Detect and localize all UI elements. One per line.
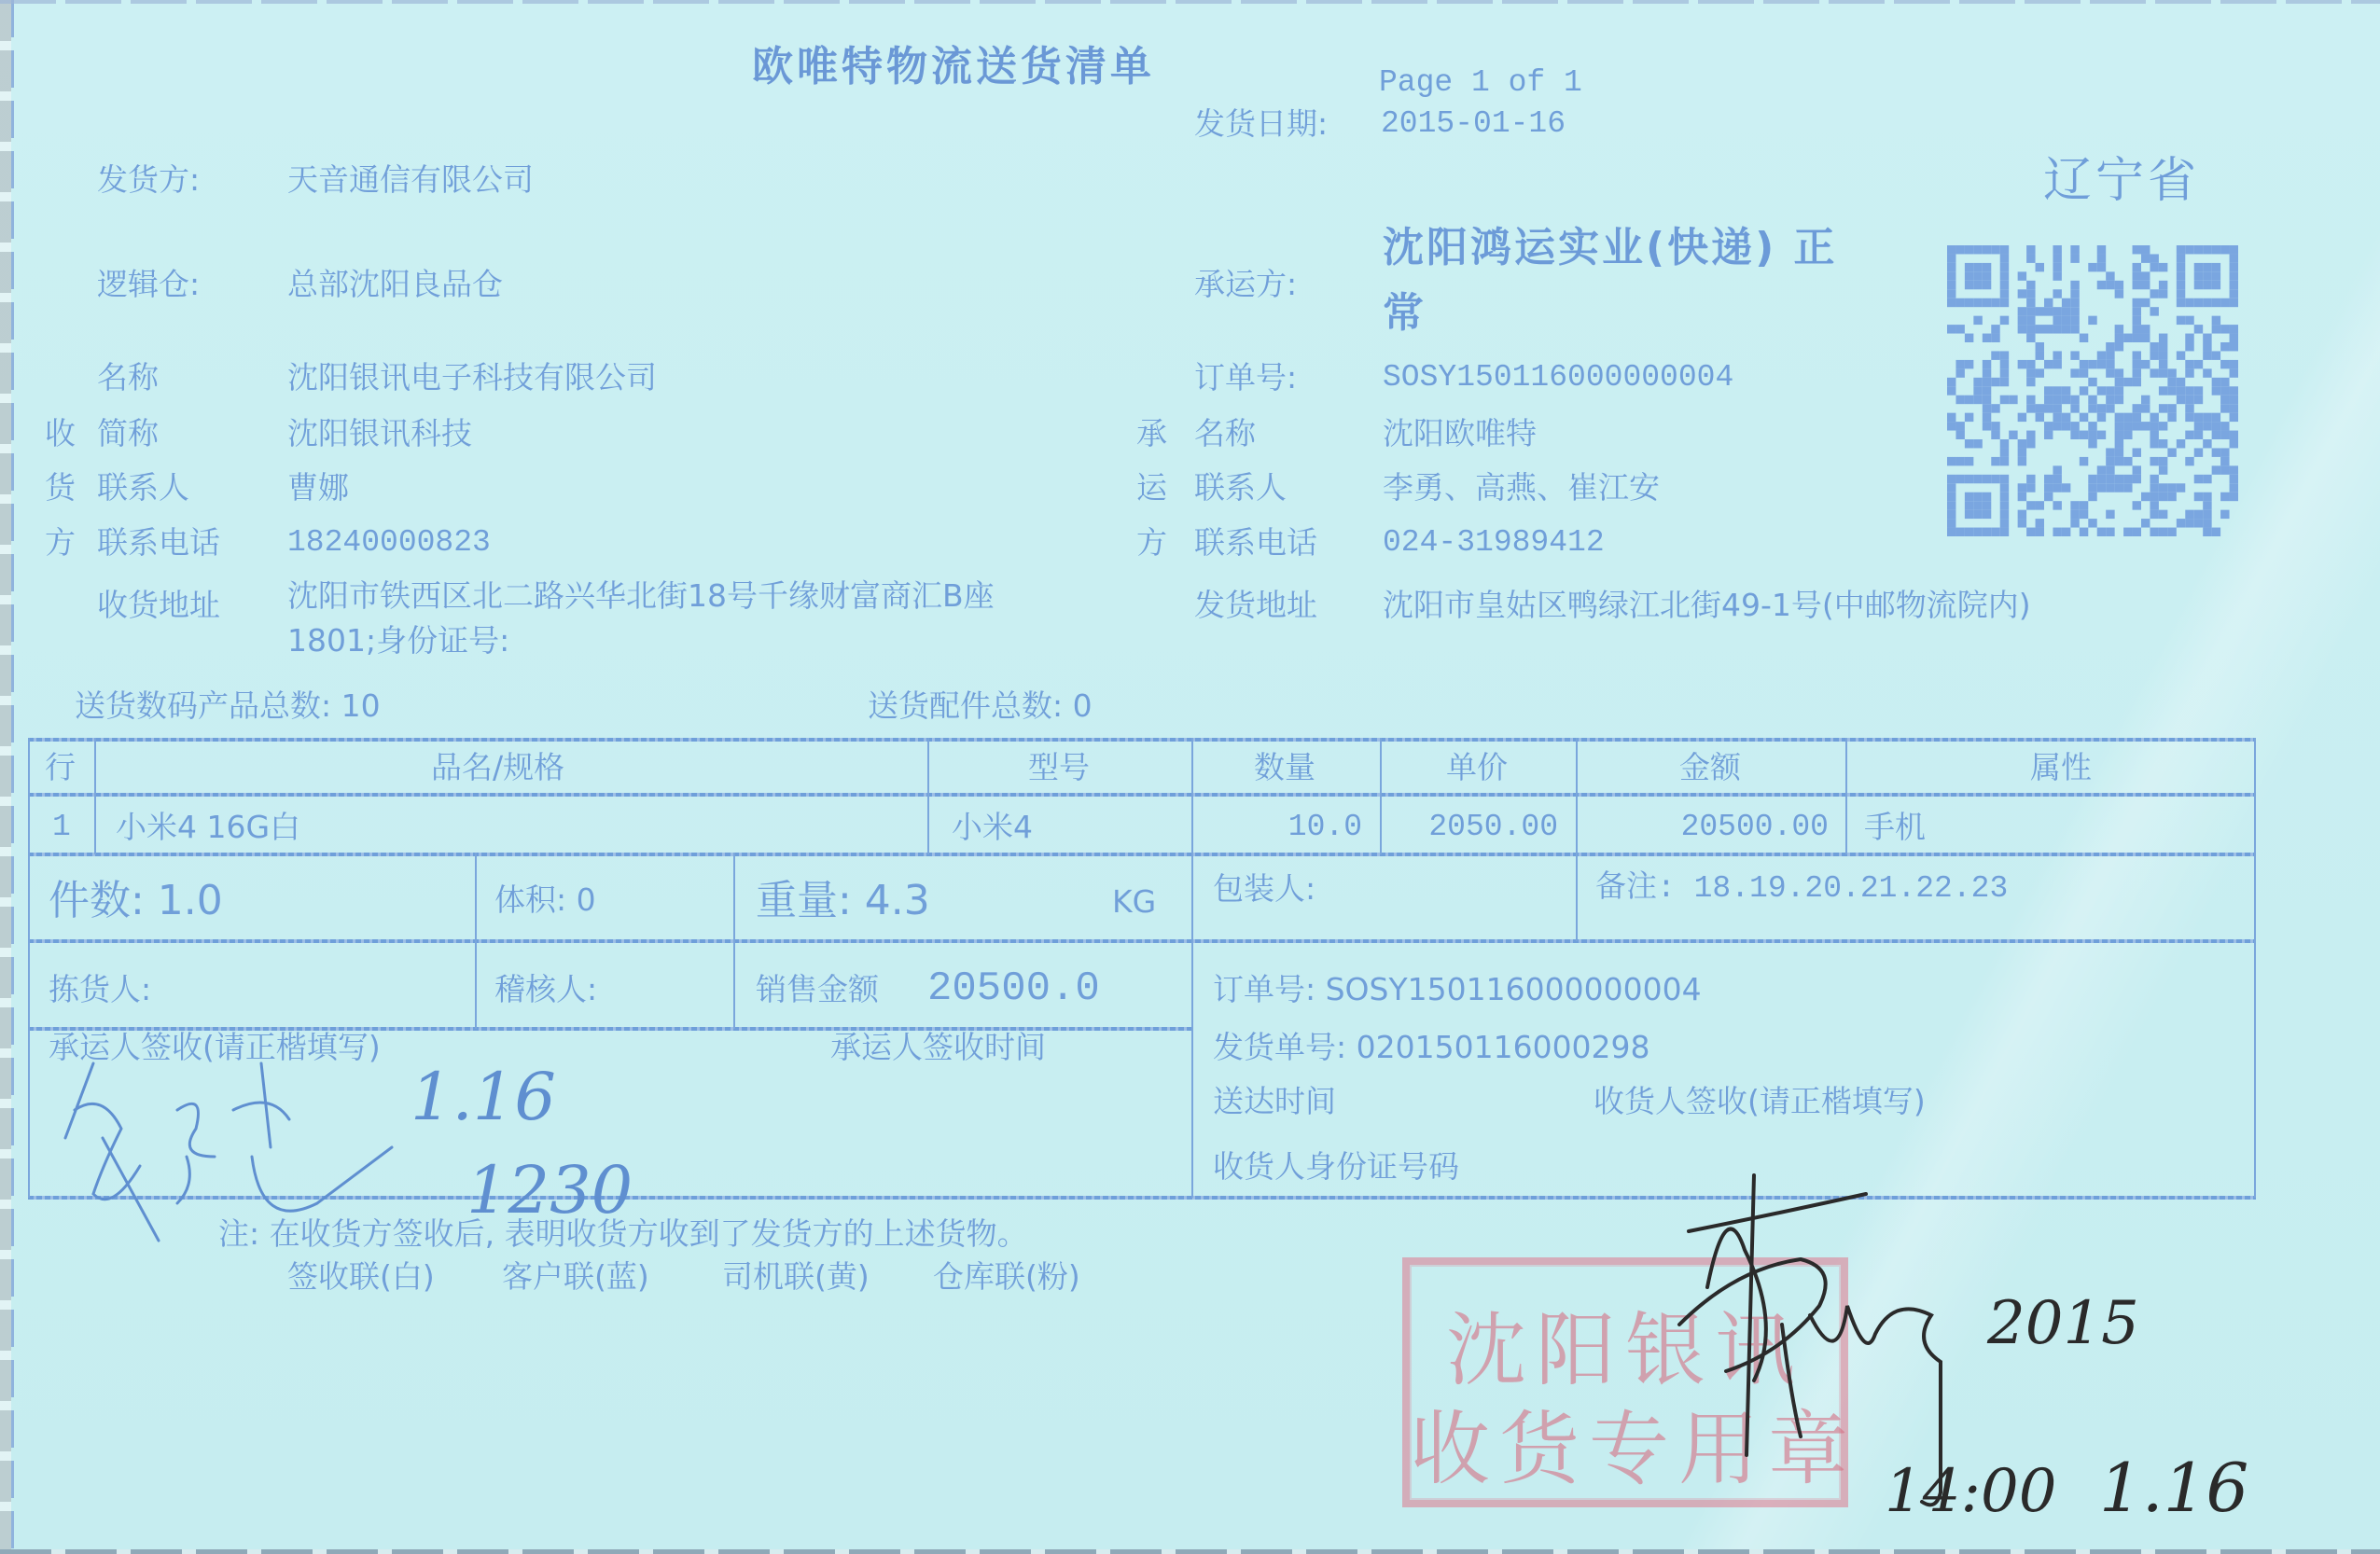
volume: 体积: 0 — [494, 884, 596, 915]
carrier-main-value-line1: 沈阳鸿运实业(快递) 正 — [1383, 228, 1838, 269]
carrier-side-1: 承 — [1136, 418, 1167, 449]
picker-label: 拣货人: — [49, 974, 151, 1005]
consignee-phone-label: 联系电话 — [97, 527, 220, 558]
col-divider-qty — [1380, 738, 1382, 854]
carrier-sign-label: 承运人签收(请正楷填写) — [49, 1032, 381, 1062]
top-perforation — [0, 0, 2380, 4]
packer-label: 包装人: — [1213, 873, 1315, 904]
col-header-attribute: 属性 — [2030, 752, 2092, 783]
sales-amount: 20500.0 — [927, 968, 1100, 1009]
checker-label: 稽核人: — [494, 974, 597, 1005]
shipper-label: 发货方: — [97, 164, 200, 195]
carrier-side-3: 方 — [1136, 527, 1167, 558]
carrier-phone-value: 024-31989412 — [1383, 527, 1605, 558]
receiver-sign-label: 收货人签收(请正楷填写) — [1594, 1086, 1926, 1117]
copy-sign: 签收联(白) — [287, 1261, 435, 1292]
left-perforation-line — [11, 0, 14, 1554]
consignee-side-2: 货 — [45, 472, 76, 503]
col-header-unit-price: 单价 — [1446, 752, 1508, 783]
weight-unit: KG — [1112, 886, 1156, 917]
shipper-value: 天音通信有限公司 — [287, 164, 534, 195]
table-row2-divider — [28, 939, 2256, 943]
row-divider-volume — [733, 853, 735, 1029]
copy-customer: 客户联(蓝) — [502, 1261, 649, 1292]
warehouse-label: 逻辑仓: — [97, 269, 200, 299]
carrier-address-value: 沈阳市皇姑区鸭绿江北街49-1号(中邮物流院内) — [1383, 590, 2031, 620]
stamp-line2: 收货专用章 — [1410, 1384, 1841, 1500]
delivery-no: 发货单号: 020150116000298 — [1213, 1032, 1650, 1062]
row-line-no: 1 — [52, 812, 71, 842]
table-border-top — [28, 738, 2256, 742]
col-divider-line — [94, 738, 96, 854]
row-model: 小米4 — [952, 812, 1033, 842]
consignee-address-label: 收货地址 — [97, 590, 220, 620]
row-divider-pieces — [475, 853, 477, 1029]
qr-code-icon — [1947, 244, 2238, 537]
sales-amount-label: 销售金额 — [756, 974, 879, 1005]
bottom-perforation — [0, 1549, 2380, 1554]
consignee-phone-value: 18240000823 — [287, 527, 491, 558]
consignee-short-value: 沈阳银讯科技 — [287, 418, 472, 449]
remarks: 备注: 18.19.20.21.22.23 — [1595, 873, 2008, 904]
col-divider-name — [927, 738, 929, 854]
receiver-id-label: 收货人身份证号码 — [1213, 1151, 1459, 1182]
receipt-stamp: 沈阳银讯 收货专用章 — [1402, 1257, 1848, 1507]
ship-date-label: 发货日期: — [1194, 108, 1328, 139]
weight: 重量: 4.3 — [756, 881, 930, 922]
col-header-model: 型号 — [1028, 752, 1090, 783]
consignee-contact-label: 联系人 — [97, 472, 189, 503]
pieces-count: 件数: 1.0 — [49, 881, 223, 922]
province-label: 辽宁省 — [2043, 157, 2200, 205]
consignee-side-3: 方 — [45, 527, 76, 558]
delivery-time-label: 送达时间 — [1213, 1086, 1336, 1117]
page-indicator: Page 1 of 1 — [1379, 67, 1582, 98]
col-header-line: 行 — [45, 752, 76, 783]
consignee-name-label: 名称 — [97, 362, 159, 393]
carrier-contact-label: 联系人 — [1194, 472, 1287, 503]
table-header-divider — [28, 793, 2256, 797]
carrier-main-label: 承运方: — [1194, 269, 1297, 299]
row-product-name: 小米4 16G白 — [116, 812, 300, 842]
warehouse-value: 总部沈阳良品仓 — [287, 269, 503, 299]
carrier-phone-label: 联系电话 — [1194, 527, 1317, 558]
carrier-address-label: 发货地址 — [1194, 590, 1317, 620]
digital-product-total: 送货数码产品总数: 10 — [75, 690, 381, 721]
row-attribute: 手机 — [1864, 812, 1926, 842]
col-divider-amount — [1845, 738, 1847, 854]
consignee-name-value: 沈阳银讯电子科技有限公司 — [287, 362, 657, 393]
consignee-short-label: 简称 — [97, 418, 159, 449]
carrier-sign-time-label: 承运人签收时间 — [830, 1032, 1046, 1062]
table-row1-divider — [28, 853, 2256, 856]
col-divider-model — [1191, 738, 1193, 1198]
consignee-address-value: 沈阳市铁西区北二路兴华北街18号千缘财富商汇B座 — [287, 580, 995, 611]
consignee-side-1: 收 — [45, 418, 76, 449]
consignee-contact-value: 曹娜 — [287, 472, 349, 503]
copy-warehouse: 仓库联(粉) — [933, 1261, 1080, 1292]
carrier-main-value-line2: 常 — [1383, 293, 1427, 334]
row-qty: 10.0 — [1194, 812, 1362, 842]
table-border-right — [2254, 738, 2256, 1198]
document-title: 欧唯特物流送货清单 — [752, 47, 1155, 88]
lower-order-no: 订单号: SOSY150116000000004 — [1213, 974, 1702, 1005]
col-header-name: 品名/规格 — [431, 752, 564, 783]
carrier-order-label: 订单号: — [1194, 362, 1297, 393]
carrier-contact-value: 李勇、高燕、崔江安 — [1383, 472, 1660, 503]
accessory-total: 送货配件总数: 0 — [868, 690, 1093, 721]
carrier-side-2: 运 — [1136, 472, 1167, 503]
footer-note: 注: 在收货方签收后, 表明收货方收到了发货方的上述货物。 — [218, 1218, 1028, 1249]
carrier-name-label: 名称 — [1194, 418, 1256, 449]
col-header-amount: 金额 — [1679, 752, 1741, 783]
carrier-order-no: SOSY150116000000004 — [1383, 362, 1733, 393]
row-unit-price: 2050.00 — [1390, 812, 1558, 842]
col-divider-price — [1576, 738, 1578, 941]
row-amount: 20500.00 — [1586, 812, 1829, 842]
left-perforation — [0, 0, 11, 1554]
ship-date: 2015-01-16 — [1381, 108, 1566, 139]
carrier-name-value: 沈阳欧唯特 — [1383, 418, 1537, 449]
col-header-qty: 数量 — [1254, 752, 1315, 783]
copy-driver: 司机联(黄) — [722, 1261, 870, 1292]
delivery-note-paper — [0, 0, 2380, 1554]
table-border-bottom — [28, 1196, 2256, 1200]
consignee-address-value-line2: 1801;身份证号: — [287, 625, 509, 656]
table-border-left — [28, 738, 30, 1198]
